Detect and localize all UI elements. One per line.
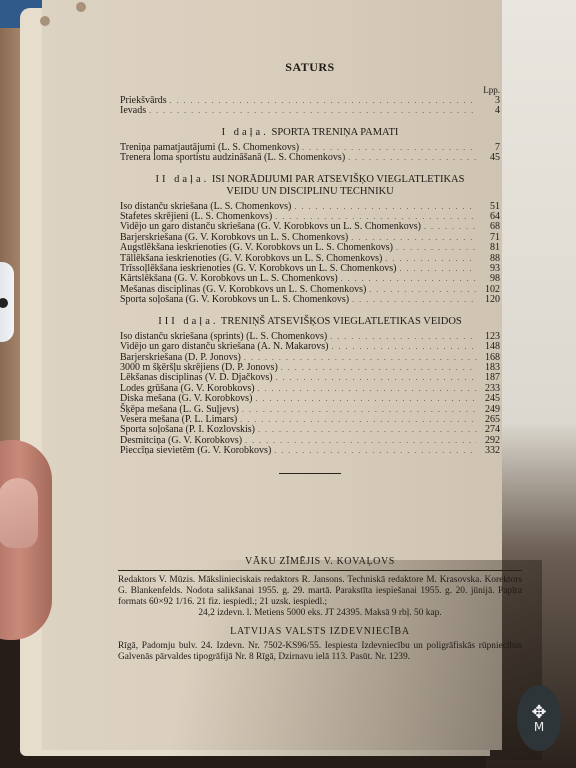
entry-page-number: 45	[480, 153, 500, 163]
leader-dots: ........................................…	[255, 394, 477, 404]
entry-title: Diska mešana (G. V. Korobkovs)	[120, 394, 252, 404]
thumbnail	[0, 478, 38, 548]
publisher-name: LATVIJAS VALSTS IZDEVNIECĪBA	[118, 626, 522, 637]
leader-dots: ........................................…	[332, 342, 477, 352]
entry-page-number: 245	[480, 394, 500, 404]
credits-text: Redaktors V. Mūzis. Mākslinieciskais red…	[118, 575, 522, 619]
leader-dots: ........................................…	[352, 295, 477, 305]
entry-title: Sporta soļošana (G. V. Korobkovs un L. S…	[120, 295, 349, 305]
page-column-label: Lpp.	[120, 85, 500, 96]
staple-hole	[40, 16, 50, 26]
watermark-badge: ✥ M	[517, 685, 561, 751]
leader-dots: ........................................…	[369, 285, 477, 295]
leader-dots: ........................................…	[276, 373, 477, 383]
table-of-contents: SATURS Lpp. Priekšvārds.................…	[120, 60, 500, 474]
leader-dots: ........................................…	[242, 405, 477, 415]
part-prefix: III daļa.	[158, 316, 218, 327]
leader-dots: ........................................…	[385, 254, 477, 264]
toc-entry: Sporta soļošana (G. V. Korobkovs un L. S…	[120, 295, 500, 305]
toc-entry: Pieccīņa sievietēm (G. V. Korobkovs)....…	[120, 446, 500, 456]
entry-title: Trenera loma sportistu audzināšanā (L. S…	[120, 153, 345, 163]
cover-artist-credit: VĀKU ZĪMĒJIS V. KOVAĻOVS	[118, 556, 522, 571]
entry-title: Ievads	[120, 106, 146, 116]
leader-dots: ........................................…	[170, 96, 477, 106]
credits-last-line: 24,2 izdevn. l. Metiens 5000 eks. JT 243…	[118, 608, 522, 619]
imprint: VĀKU ZĪMĒJIS V. KOVAĻOVS Redaktors V. Mū…	[118, 556, 522, 663]
credits-body: Redaktors V. Mūzis. Mākslinieciskais red…	[118, 575, 522, 607]
part-title: TRENIŅŠ ATSEVIŠĶOS VIEGLATLETIKAS VEIDOS	[221, 316, 462, 327]
part-title: ISI NORĀDIJUMI PAR ATSEVIŠĶO VIEGLATLETI…	[212, 174, 465, 185]
toc-title: SATURS	[120, 60, 500, 75]
part-prefix: II daļa.	[156, 174, 210, 185]
entry-page-number: 4	[480, 106, 500, 116]
entry-title: Pieccīņa sievietēm (G. V. Korobkovs)	[120, 446, 271, 456]
leader-dots: ........................................…	[258, 425, 477, 435]
leader-dots: ........................................…	[348, 153, 477, 163]
leader-dots: ........................................…	[396, 243, 477, 253]
leader-dots: ........................................…	[244, 353, 477, 363]
entry-title: Vidējo un garo distanču skriešana (A. N.…	[120, 342, 329, 352]
toc-parts: I daļa. SPORTA TRENIŅA PAMATITreniņa pam…	[120, 127, 500, 457]
part-title-line2: VEIDU UN DISCIPLINU TECHNIKU	[226, 186, 394, 197]
part-prefix: I daļa.	[222, 127, 269, 138]
leader-dots: ........................................…	[149, 106, 477, 116]
leader-dots: ........................................…	[274, 446, 477, 456]
entry-page-number: 120	[480, 295, 500, 305]
part-heading: III daļa. TRENIŅŠ ATSEVIŠĶOS VIEGLATLETI…	[120, 316, 500, 328]
leader-dots: ........................................…	[281, 363, 477, 373]
part-heading: I daļa. SPORTA TRENIŅA PAMATI	[120, 127, 500, 139]
leader-dots: ........................................…	[294, 202, 477, 212]
device-object	[0, 262, 14, 342]
toc-entry: Vidējo un garo distanču skriešana (A. N.…	[120, 342, 500, 352]
end-rule	[279, 473, 341, 475]
toc-entry: Priekšvārds.............................…	[120, 96, 500, 106]
staple-hole	[76, 2, 86, 12]
part-title: SPORTA TRENIŅA PAMATI	[271, 127, 398, 138]
printer-address: Rīgā, Padomju bulv. 24. Izdevn. Nr. 7502…	[118, 641, 522, 663]
watermark-letter: M	[534, 721, 544, 733]
part-heading: II daļa. ISI NORĀDIJUMI PAR ATSEVIŠĶO VI…	[120, 174, 500, 198]
entry-page-number: 148	[480, 342, 500, 352]
leader-dots: ........................................…	[245, 436, 477, 446]
flower-ornament-icon: ✥	[531, 703, 546, 721]
leader-dots: ........................................…	[240, 415, 477, 425]
toc-entry: Ievads..................................…	[120, 106, 500, 116]
entry-page-number: 332	[480, 446, 500, 456]
toc-entry: Trenera loma sportistu audzināšanā (L. S…	[120, 153, 500, 163]
toc-entry: Diska mešana (G. V. Korobkovs)..........…	[120, 394, 500, 404]
leader-dots: ........................................…	[258, 384, 477, 394]
leader-dots: ........................................…	[330, 332, 477, 342]
intro-list: Priekšvārds.............................…	[120, 96, 500, 117]
leader-dots: ........................................…	[424, 222, 477, 232]
leader-dots: ........................................…	[399, 264, 477, 274]
